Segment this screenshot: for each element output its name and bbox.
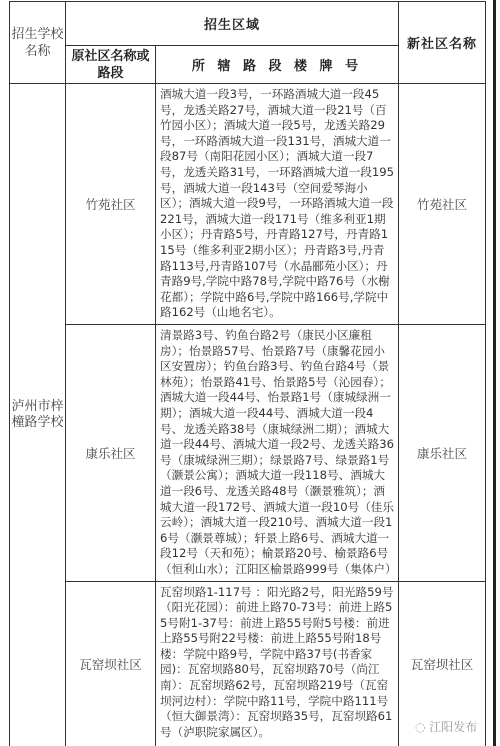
address-list: 清景路3号、钓鱼台路2号（康民小区廉租房）；怡景路57号、怡景路7号（康馨花园小…	[156, 325, 399, 582]
watermark-logo: ◌ 江阳发布	[415, 718, 477, 735]
table-row: 泸州市梓橦路学校 竹苑社区 酒城大道一段3号，一环路酒城大道一段45号，龙透关路…	[10, 84, 486, 325]
wechat-icon: ◌	[415, 720, 429, 734]
header-new-community: 新社区名称	[399, 2, 486, 84]
page-edge-bar	[493, 0, 496, 746]
header-enrollment-region: 招生区域	[66, 2, 399, 46]
school-name: 泸州市梓橦路学校	[10, 84, 66, 746]
new-community: 竹苑社区	[399, 84, 486, 325]
header-addresses: 所 辖 路 段 楼 牌 号	[156, 46, 399, 84]
original-community: 瓦窑坝社区	[66, 581, 156, 746]
original-community: 竹苑社区	[66, 84, 156, 325]
watermark-text: 江阳发布	[429, 720, 477, 734]
enrollment-zone-table: 招生学校名称 招生区域 新社区名称 原社区名称或路段 所 辖 路 段 楼 牌 号…	[9, 1, 486, 746]
original-community: 康乐社区	[66, 325, 156, 582]
header-original-community: 原社区名称或路段	[66, 46, 156, 84]
table-row: 康乐社区 清景路3号、钓鱼台路2号（康民小区廉租房）；怡景路57号、怡景路7号（…	[10, 325, 486, 582]
new-community: 康乐社区	[399, 325, 486, 582]
header-school-name: 招生学校名称	[10, 2, 66, 84]
address-list: 酒城大道一段3号，一环路酒城大道一段45号，龙透关路27号，酒城大道一段21号（…	[156, 84, 399, 325]
address-list: 瓦窑坝路1-117号 ：阳光路2号，阳光路59号（阳光花园）：前进上路70-73…	[156, 581, 399, 746]
